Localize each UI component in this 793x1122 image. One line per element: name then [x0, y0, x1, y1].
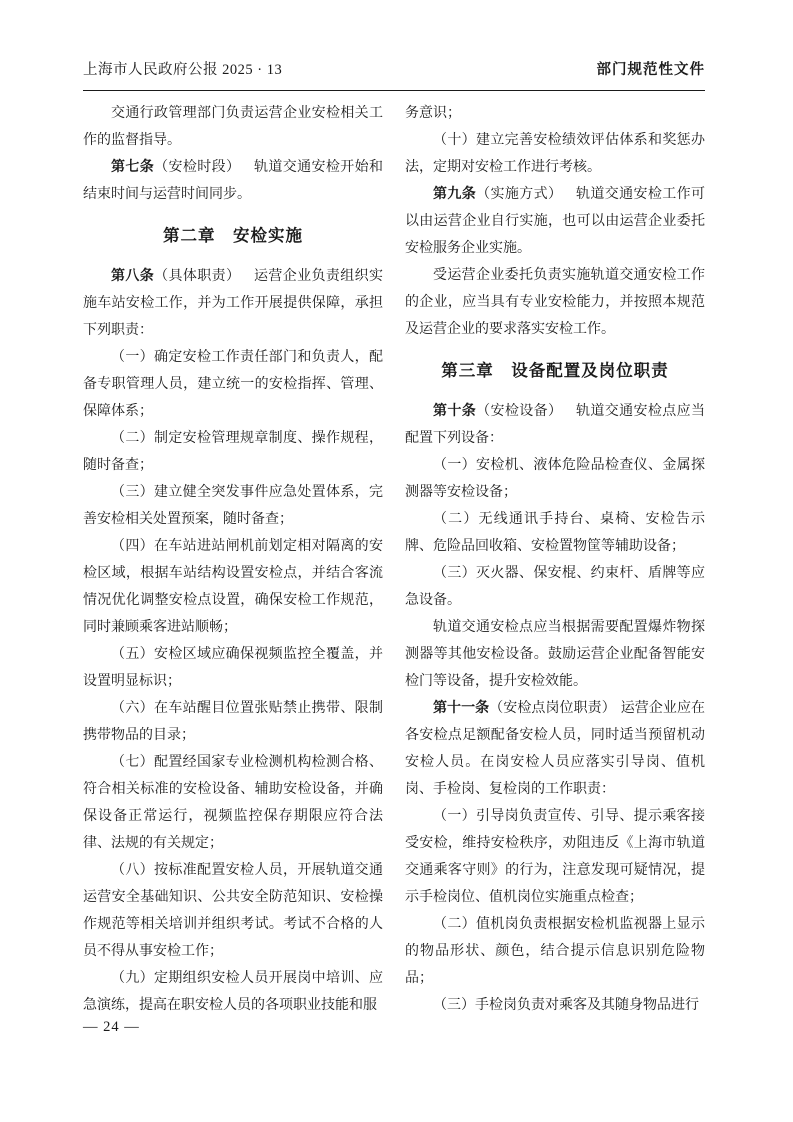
- page-header: 上海市人民政府公报 2025 · 13 部门规范性文件: [83, 60, 705, 80]
- article-number: 第八条: [111, 269, 154, 284]
- paragraph: （二）制定安检管理规章制度、操作规程，随时备查；: [83, 425, 383, 479]
- text-run: 受运营企业委托负责实施轨道交通安检工作的企业，应当具有专业安检能力，并按照本规范…: [405, 268, 705, 337]
- gazette-page: 上海市人民政府公报 2025 · 13 部门规范性文件 交通行政管理部门负责运营…: [0, 0, 793, 1122]
- text-run: （五）安检区域应确保视频监控全覆盖，并设置明显标识；: [83, 647, 383, 689]
- paragraph: （六）在车站醒目位置张贴禁止携带、限制携带物品的目录；: [83, 695, 383, 749]
- paragraph: （七）配置经国家专业检测机构检测合格、符合相关标准的安检设备、辅助安检设备，并确…: [83, 749, 383, 857]
- text-run: （一）确定安检工作责任部门和负责人，配备专职管理人员，建立统一的安检指挥、管理、…: [83, 350, 383, 419]
- paragraph: 第十条（安检设备）轨道交通安检点应当配置下列设备：: [405, 398, 705, 452]
- chapter-heading: 第二章 安检实施: [83, 222, 383, 249]
- page-body: 交通行政管理部门负责运营企业安检相关工作的监督指导。第七条（安检时段）轨道交通安…: [83, 100, 705, 1019]
- paragraph: （三）建立健全突发事件应急处置体系，完善安检相关处置预案，随时备查；: [83, 479, 383, 533]
- left-column: 交通行政管理部门负责运营企业安检相关工作的监督指导。第七条（安检时段）轨道交通安…: [83, 100, 383, 1019]
- paragraph: （二）值机岗负责根据安检机监视器上显示的物品形状、颜色，结合提示信息识别危险物品…: [405, 911, 705, 992]
- header-left-title: 上海市人民政府公报 2025 · 13: [83, 60, 282, 80]
- text-run: （一）安检机、液体危险品检查仪、金属探测器等安检设备；: [405, 458, 705, 500]
- paragraph: （一）确定安检工作责任部门和负责人，配备专职管理人员，建立统一的安检指挥、管理、…: [83, 344, 383, 425]
- article-number: 第九条: [433, 187, 476, 202]
- text-run: 第三章 设备配置及岗位职责: [441, 361, 669, 380]
- text-run: （实施方式）: [476, 187, 562, 202]
- text-run: （三）手检岗负责对乘客及其随身物品进行: [433, 998, 699, 1013]
- paragraph: （十）建立完善安检绩效评估体系和奖惩办法，定期对安检工作进行考核。: [405, 127, 705, 181]
- text-run: （三）灭火器、保安棍、约束杆、盾牌等应急设备。: [405, 566, 705, 608]
- article-number: 第十条: [433, 404, 476, 419]
- paragraph: 受运营企业委托负责实施轨道交通安检工作的企业，应当具有专业安检能力，并按照本规范…: [405, 262, 705, 343]
- paragraph: 第七条（安检时段）轨道交通安检开始和结束时间与运营时间同步。: [83, 154, 383, 208]
- text-run: （三）建立健全突发事件应急处置体系，完善安检相关处置预案，随时备查；: [83, 485, 383, 527]
- chapter-heading: 第三章 设备配置及岗位职责: [405, 357, 705, 384]
- paragraph: （三）灭火器、保安棍、约束杆、盾牌等应急设备。: [405, 560, 705, 614]
- text-run: （安检点岗位职责）: [489, 701, 616, 716]
- paragraph: （四）在车站进站闸机前划定相对隔离的安检区域，根据车站结构设置安检点，并结合客流…: [83, 533, 383, 641]
- paragraph: （八）按标准配置安检人员，开展轨道交通运营安全基础知识、公共安全防范知识、安检操…: [83, 857, 383, 965]
- article-number: 第十一条: [433, 701, 489, 716]
- text-run: （一）引导岗负责宣传、引导、提示乘客接受安检，维持安检秩序，劝阻违反《上海市轨道…: [405, 809, 705, 905]
- paragraph: （一）引导岗负责宣传、引导、提示乘客接受安检，维持安检秩序，劝阻违反《上海市轨道…: [405, 803, 705, 911]
- text-run: （六）在车站醒目位置张贴禁止携带、限制携带物品的目录；: [83, 701, 383, 743]
- header-rule: [83, 90, 705, 91]
- text-run: 轨道交通安检点应当根据需要配置爆炸物探测器等其他安检设备。鼓励运营企业配备智能安…: [405, 620, 705, 689]
- paragraph: （一）安检机、液体危险品检查仪、金属探测器等安检设备；: [405, 452, 705, 506]
- text-run: （二）无线通讯手持台、桌椅、安检告示牌、危险品回收箱、安检置物筐等辅助设备；: [405, 512, 705, 554]
- paragraph: （三）手检岗负责对乘客及其随身物品进行: [405, 992, 705, 1019]
- text-run: （安检时段）: [154, 160, 240, 175]
- text-run: （九）定期组织安检人员开展岗中培训、应急演练，提高在职安检人员的各项职业技能和服: [83, 971, 383, 1013]
- text-run: （十）建立完善安检绩效评估体系和奖惩办法，定期对安检工作进行考核。: [405, 133, 705, 175]
- text-run: 第二章 安检实施: [163, 226, 303, 245]
- paragraph: （五）安检区域应确保视频监控全覆盖，并设置明显标识；: [83, 641, 383, 695]
- text-run: 务意识；: [405, 106, 461, 121]
- article-number: 第七条: [111, 160, 154, 175]
- text-run: （具体职责）: [154, 269, 240, 284]
- paragraph: 交通行政管理部门负责运营企业安检相关工作的监督指导。: [83, 100, 383, 154]
- paragraph: 务意识；: [405, 100, 705, 127]
- paragraph: 第八条（具体职责）运营企业负责组织实施车站安检工作，并为工作开展提供保障，承担下…: [83, 263, 383, 344]
- paragraph: 第十一条（安检点岗位职责）运营企业应在各安检点足额配备安检人员，同时适当预留机动…: [405, 695, 705, 803]
- paragraph: （九）定期组织安检人员开展岗中培训、应急演练，提高在职安检人员的各项职业技能和服: [83, 965, 383, 1019]
- paragraph: 轨道交通安检点应当根据需要配置爆炸物探测器等其他安检设备。鼓励运营企业配备智能安…: [405, 614, 705, 695]
- text-run: 交通行政管理部门负责运营企业安检相关工作的监督指导。: [83, 106, 383, 148]
- paragraph: （二）无线通讯手持台、桌椅、安检告示牌、危险品回收箱、安检置物筐等辅助设备；: [405, 506, 705, 560]
- text-run: （四）在车站进站闸机前划定相对隔离的安检区域，根据车站结构设置安检点，并结合客流…: [83, 539, 383, 635]
- page-number: — 24 —: [83, 1014, 140, 1041]
- header-right-label: 部门规范性文件: [597, 60, 706, 80]
- text-run: （七）配置经国家专业检测机构检测合格、符合相关标准的安检设备、辅助安检设备，并确…: [83, 755, 383, 851]
- text-run: （二）值机岗负责根据安检机监视器上显示的物品形状、颜色，结合提示信息识别危险物品…: [405, 917, 705, 986]
- text-run: （安检设备）: [476, 404, 562, 419]
- text-run: （八）按标准配置安检人员，开展轨道交通运营安全基础知识、公共安全防范知识、安检操…: [83, 863, 383, 959]
- paragraph: 第九条（实施方式）轨道交通安检工作可以由运营企业自行实施，也可以由运营企业委托安…: [405, 181, 705, 262]
- right-column: 务意识；（十）建立完善安检绩效评估体系和奖惩办法，定期对安检工作进行考核。第九条…: [405, 100, 705, 1019]
- text-run: （二）制定安检管理规章制度、操作规程，随时备查；: [83, 431, 383, 473]
